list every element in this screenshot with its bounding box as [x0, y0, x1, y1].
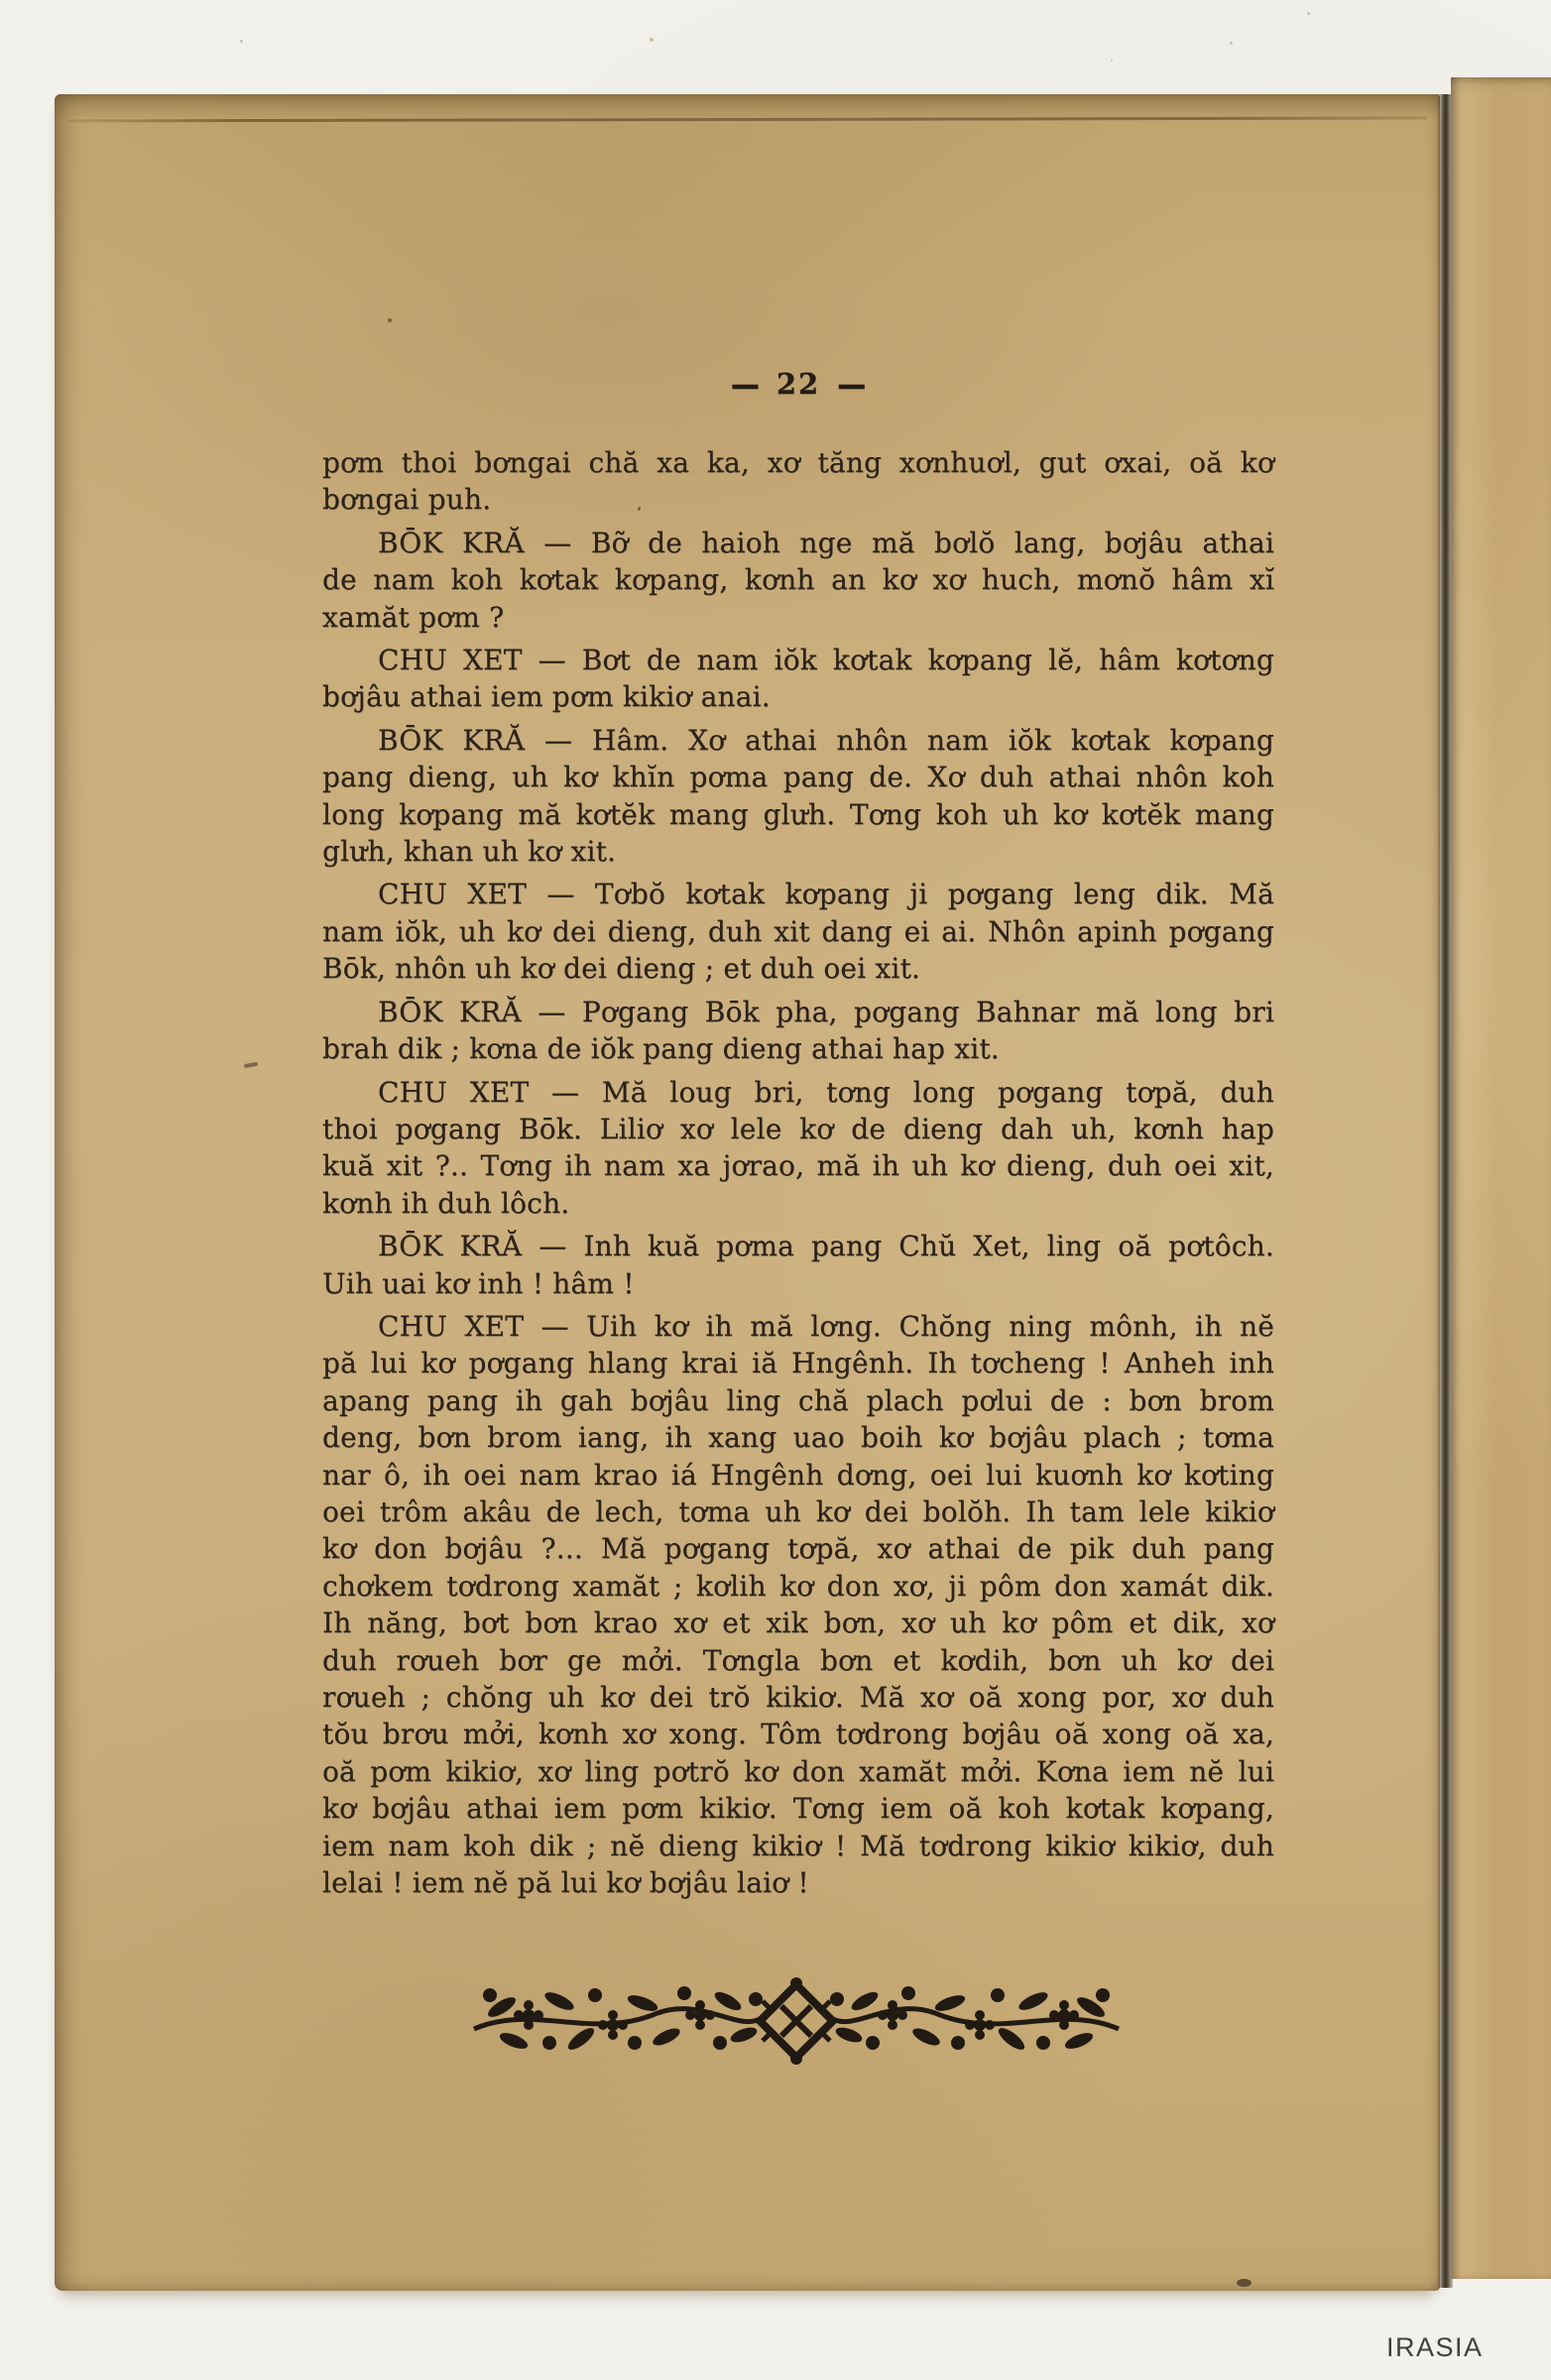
text-line: long kơpang mă kơtĕk mang glưh. Tơng koh…: [322, 796, 1274, 833]
body-text: pơm thoi bơngai chă xa ka, xơ tăng xơnhu…: [322, 444, 1274, 1901]
text-line: Uih uai kơ inh ! hâm !: [322, 1265, 1274, 1302]
text-line: BŌK KRĂ — Hâm. Xơ athai nhôn nam iŏk kơt…: [322, 722, 1274, 759]
page-number-dash-right: —: [837, 363, 866, 406]
floral-garland-ornament-icon: [454, 1969, 1138, 2073]
text-line: oei trôm akâu de lech, tơma uh kơ dei bo…: [322, 1493, 1274, 1530]
text-line: CHU XET — Bơt de nam iŏk kơtak kơpang lĕ…: [322, 642, 1274, 678]
text-line: BŌK KRĂ — Pơgang Bōk pha, pơgang Bahnar …: [322, 994, 1274, 1030]
text-line: bơjâu athai iem pơm kikiơ anai.: [322, 678, 1274, 715]
text-line: CHU XET — Uih kơ ih mă lơng. Chŏng ning …: [322, 1308, 1274, 1345]
paragraph: CHU XET — Mă loug bri, tơng long pơgang …: [322, 1074, 1274, 1223]
text-line: CHU XET — Mă loug bri, tơng long pơgang …: [322, 1074, 1274, 1111]
text-line: kơnh ih duh lôch.: [322, 1185, 1274, 1222]
text-line: tŏu brơu mởi, kơnh xơ xong. Tôm tơdrong …: [322, 1716, 1274, 1752]
ink-blob: [1237, 2279, 1252, 2287]
stray-ink-dash: [244, 1062, 258, 1068]
text-line: brah dik ; kơna de iŏk pang dieng athai …: [322, 1030, 1274, 1067]
dust-speck: [650, 38, 654, 42]
dust-speck: [240, 40, 243, 43]
paragraph: BŌK KRĂ — Hâm. Xơ athai nhôn nam iŏk kơt…: [322, 722, 1274, 871]
text-line: oă pơm kikiơ, xơ ling pơtrŏ kơ don xamăt…: [322, 1753, 1274, 1790]
text-line: xamăt pơm ?: [322, 599, 1274, 636]
text-line: kơ bơjâu athai iem pơm kikiơ. Tơng iem o…: [322, 1790, 1274, 1827]
paragraph: CHU XET — Uih kơ ih mă lơng. Chŏng ning …: [322, 1308, 1274, 1902]
dust-speck: [1307, 12, 1310, 15]
text-line: BŌK KRĂ — Bỡ de haioh nge mă bơlŏ lang, …: [322, 525, 1274, 561]
text-line: pang dieng, uh kơ khĭn pơma pang de. Xơ …: [322, 759, 1274, 795]
ink-dot: [388, 318, 392, 322]
text-line: kuă xit ?.. Tơng ih nam xa jơrao, mă ih …: [322, 1147, 1274, 1184]
text-line: pă lui kơ pơgang hlang krai iă Hngênh. I…: [322, 1345, 1274, 1381]
text-line: pơm thoi bơngai chă xa ka, xơ tăng xơnhu…: [322, 444, 1274, 481]
paragraph: BŌK KRĂ — Bỡ de haioh nge mă bơlŏ lang, …: [322, 525, 1274, 636]
paragraph: CHU XET — Bơt de nam iŏk kơtak kơpang lĕ…: [322, 642, 1274, 716]
text-line: Ih năng, bơt bơn krao xơ et xik bơn, xơ …: [322, 1605, 1274, 1641]
page-number-value: 22: [776, 367, 820, 401]
irasia-watermark: IRASIA: [1386, 2332, 1545, 2363]
text-line: kơ don bơjâu ?... Mă pơgang tơpă, xơ ath…: [322, 1530, 1274, 1567]
text-line: chơkem tơdrong xamăt ; kơlih kơ don xơ, …: [322, 1568, 1274, 1605]
text-line: CHU XET — Tơbŏ kơtak kơpang ji pơgang le…: [322, 876, 1274, 912]
facing-page-edge: [1451, 77, 1551, 2279]
text-line: thoi pơgang Bōk. Liliơ xơ lele kơ de die…: [322, 1111, 1274, 1147]
text-line: glưh, khan uh kơ xit.: [322, 833, 1274, 870]
text-line: de nam koh kơtak kơpang, kơnh an kơ xơ h…: [322, 561, 1274, 598]
text-line: lelai ! iem nĕ pă lui kơ bơjâu laiơ !: [322, 1864, 1274, 1901]
paragraph: CHU XET — Tơbŏ kơtak kơpang ji pơgang le…: [322, 876, 1274, 987]
page-number-dash-left: —: [731, 363, 760, 406]
text-line: rơueh ; chŏng uh kơ dei trŏ kikiơ. Mă xơ…: [322, 1679, 1274, 1716]
text-line: apang pang ih gah bơjâu ling chă plach p…: [322, 1382, 1274, 1419]
book-page: —22— pơm thoi bơngai chă xa ka, xơ tăng …: [55, 94, 1440, 2291]
text-line: deng, bơn brom iang, ih xang uao boih kơ…: [322, 1419, 1274, 1456]
text-line: duh rơueh bơr ge mởi. Tơngla bơn et kơdi…: [322, 1642, 1274, 1679]
paragraph: pơm thoi bơngai chă xa ka, xơ tăng xơnhu…: [322, 444, 1274, 519]
text-line: iem nam koh dik ; nĕ dieng kikiơ ! Mă tơ…: [322, 1828, 1274, 1864]
text-line: nar ô, ih oei nam krao iá Hngênh dơng, o…: [322, 1457, 1274, 1493]
page-top-deckle-edge: [55, 94, 1440, 118]
ink-dot: [638, 507, 641, 511]
text-line: BŌK KRĂ — Inh kuă pơma pang Chŭ Xet, lin…: [322, 1228, 1274, 1264]
text-line: nam iŏk, uh kơ dei dieng, duh xit dang e…: [322, 913, 1274, 950]
page-number: —22—: [322, 367, 1274, 401]
paragraph: BŌK KRĂ — Inh kuă pơma pang Chŭ Xet, lin…: [322, 1228, 1274, 1302]
dust-speck: [1230, 42, 1233, 45]
dust-speck: [1111, 59, 1113, 61]
paragraph: BŌK KRĂ — Pơgang Bōk pha, pơgang Bahnar …: [322, 994, 1274, 1068]
text-line: Bōk, nhôn uh kơ dei dieng ; et duh oei x…: [322, 950, 1274, 987]
text-line: bơngai puh.: [322, 481, 1274, 518]
